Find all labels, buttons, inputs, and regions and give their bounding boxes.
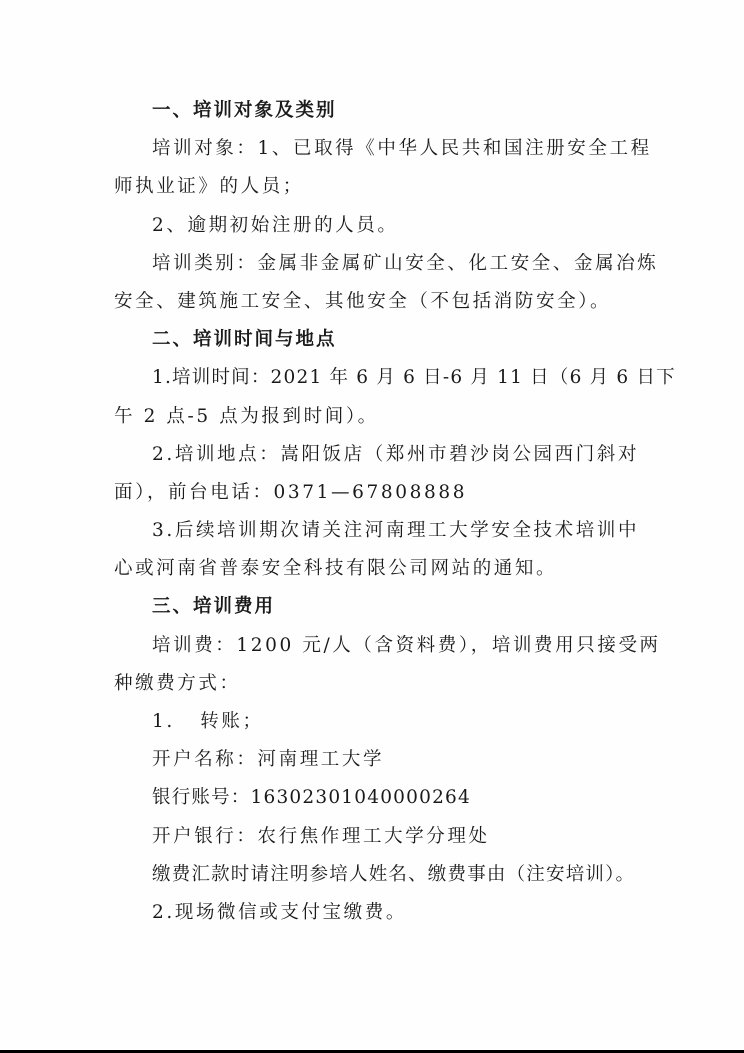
paragraph-line: 培训费：1200 元/人（含资料费），培训费用只接受两 (114, 627, 634, 665)
paragraph-line: 2、逾期初始注册的人员。 (114, 207, 634, 245)
paragraph-line: 面），前台电话：0371—67808888 (114, 474, 634, 512)
paragraph-line: 3.后续培训期次请关注河南理工大学安全技术培训中 (114, 512, 634, 550)
document-body: 一、培训对象及类别 培训对象：1、已取得《中华人民共和国注册安全工程 师执业证》… (114, 92, 634, 932)
account-name-line: 开户名称：河南理工大学 (114, 741, 634, 779)
paragraph-line: 2.现场微信或支付宝缴费。 (114, 894, 634, 932)
account-number-line: 银行账号：16302301040000264 (114, 779, 634, 817)
section-heading-3: 三、培训费用 (114, 588, 634, 626)
paragraph-line: 心或河南省普泰安全科技有限公司网站的通知。 (114, 550, 634, 588)
paragraph-line: 2.培训地点：嵩阳饭店（郑州市碧沙岗公园西门斜对 (114, 436, 634, 474)
paragraph-line: 1.培训时间：2021 年 6 月 6 日-6 月 11 日（6 月 6 日下 (114, 359, 634, 397)
paragraph-line: 午 2 点-5 点为报到时间）。 (114, 398, 634, 436)
bank-name-line: 开户银行：农行焦作理工大学分理处 (114, 818, 634, 856)
payment-note-line: 缴费汇款时请注明参培人姓名、缴费事由（注安培训）。 (114, 856, 634, 894)
section-heading-1: 一、培训对象及类别 (114, 92, 634, 130)
section-heading-2: 二、培训时间与地点 (114, 321, 634, 359)
paragraph-line: 师执业证》的人员； (114, 168, 634, 206)
paragraph-line: 安全、建筑施工安全、其他安全（不包括消防安全）。 (114, 283, 634, 321)
paragraph-line: 种缴费方式： (114, 665, 634, 703)
paragraph-line: 培训对象：1、已取得《中华人民共和国注册安全工程 (114, 130, 634, 168)
paragraph-line: 1. 转账； (114, 703, 634, 741)
paragraph-line: 培训类别：金属非金属矿山安全、化工安全、金属冶炼 (114, 245, 634, 283)
